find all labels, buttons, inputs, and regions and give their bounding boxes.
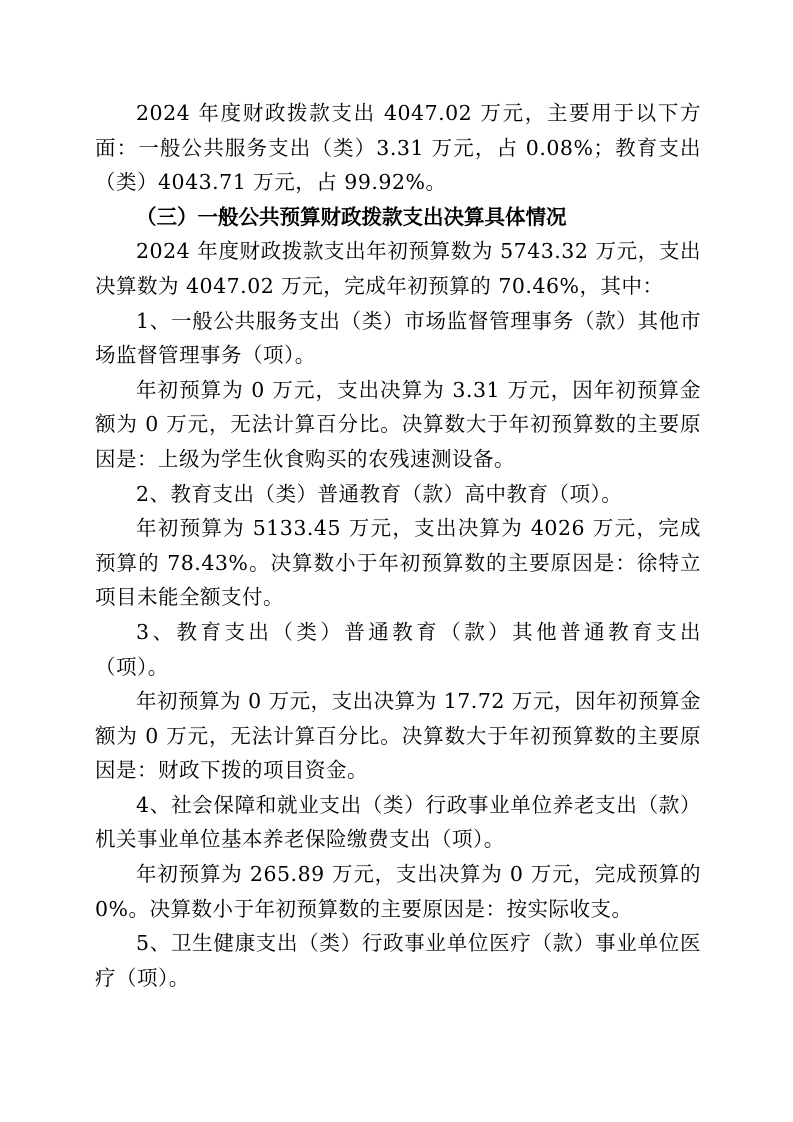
- paragraph-item-2-title: 2、教育支出（类）普通教育（款）高中教育（项）。: [95, 477, 701, 512]
- paragraph-item-1-title: 1、一般公共服务支出（类）市场监督管理事务（款）其他市场监督管理事务（项）。: [95, 304, 701, 373]
- paragraph-item-4-title: 4、社会保障和就业支出（类）行政事业单位养老支出（款）机关事业单位基本养老保险缴…: [95, 788, 701, 857]
- paragraph-item-1-detail: 年初预算为 0 万元，支出决算为 3.31 万元，因年初预算金额为 0 万元，无…: [95, 373, 701, 477]
- paragraph-item-3-detail: 年初预算为 0 万元，支出决算为 17.72 万元，因年初预算金额为 0 万元，…: [95, 684, 701, 788]
- section-heading-budget-expenditure-details: （三）一般公共预算财政拨款支出决算具体情况: [95, 200, 701, 235]
- paragraph-item-5-title: 5、卫生健康支出（类）行政事业单位医疗（款）事业单位医疗（项）。: [95, 926, 701, 995]
- paragraph-item-3-title: 3、教育支出（类）普通教育（款）其他普通教育支出（项）。: [95, 615, 701, 684]
- document-body: 2024 年度财政拨款支出 4047.02 万元，主要用于以下方面：一般公共服务…: [95, 96, 701, 995]
- document-page: 2024 年度财政拨款支出 4047.02 万元，主要用于以下方面：一般公共服务…: [0, 0, 793, 1122]
- paragraph-fiscal-expenditure-summary: 2024 年度财政拨款支出 4047.02 万元，主要用于以下方面：一般公共服务…: [95, 96, 701, 200]
- paragraph-budget-vs-final-accounts: 2024 年度财政拨款支出年初预算数为 5743.32 万元，支出决算数为 40…: [95, 234, 701, 303]
- paragraph-item-4-detail: 年初预算为 265.89 万元，支出决算为 0 万元，完成预算的 0%。决算数小…: [95, 857, 701, 926]
- paragraph-item-2-detail: 年初预算为 5133.45 万元，支出决算为 4026 万元，完成预算的 78.…: [95, 511, 701, 615]
